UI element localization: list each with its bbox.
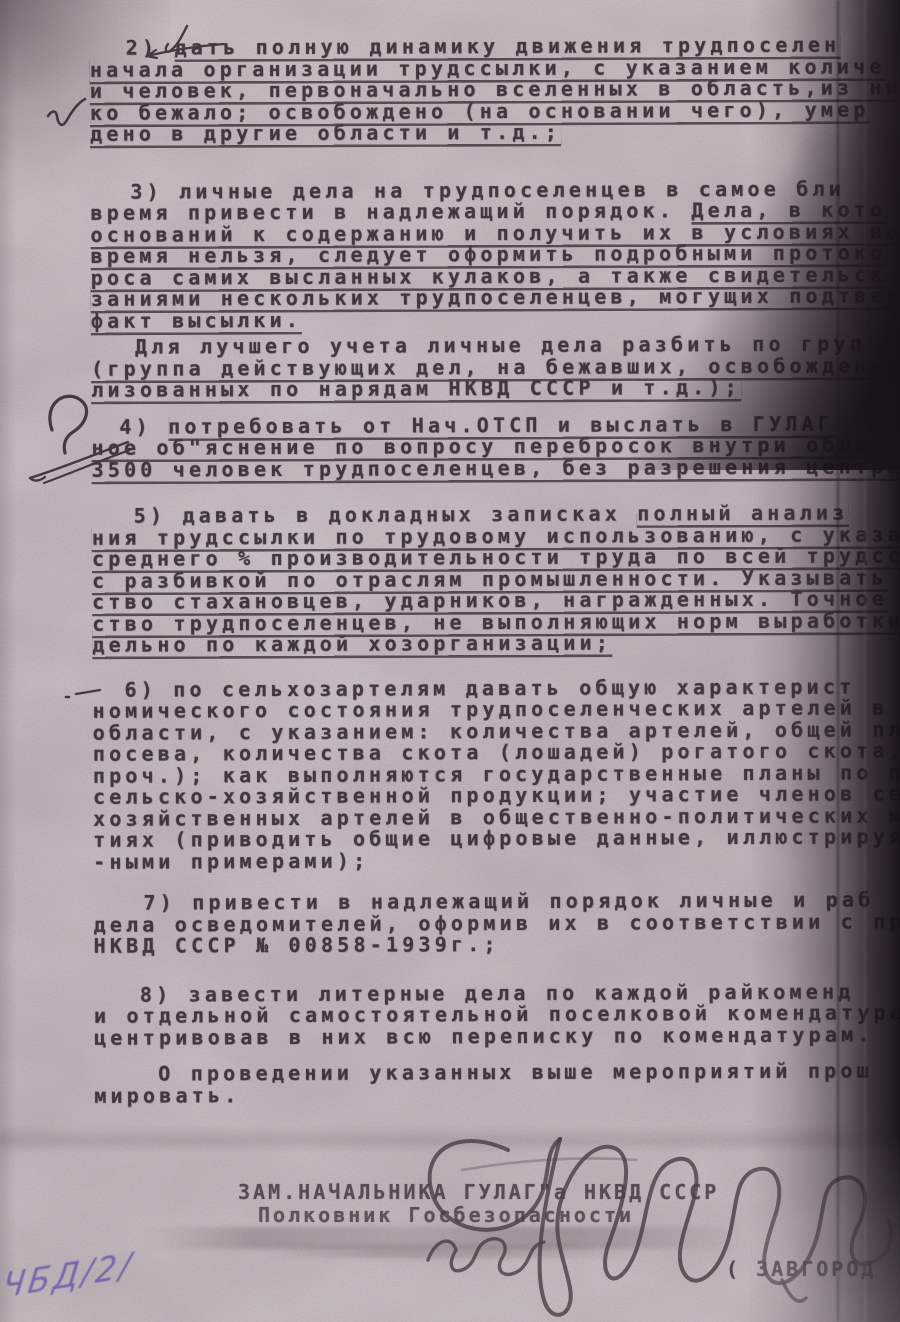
document-page: 2) дать полную динамику движения трудпос…	[0, 0, 900, 1322]
scan-shadow-left-edge	[0, 0, 16, 1322]
scan-shadow-right-fade	[750, 1132, 900, 1322]
question-mark-annotation	[16, 384, 146, 496]
scan-shadow-top-right	[630, 0, 900, 470]
blue-ink-note: ЧБД/2/	[1, 1247, 136, 1305]
scan-shadow-top-left	[0, 0, 170, 200]
pencil-dash-annotation	[60, 676, 115, 702]
